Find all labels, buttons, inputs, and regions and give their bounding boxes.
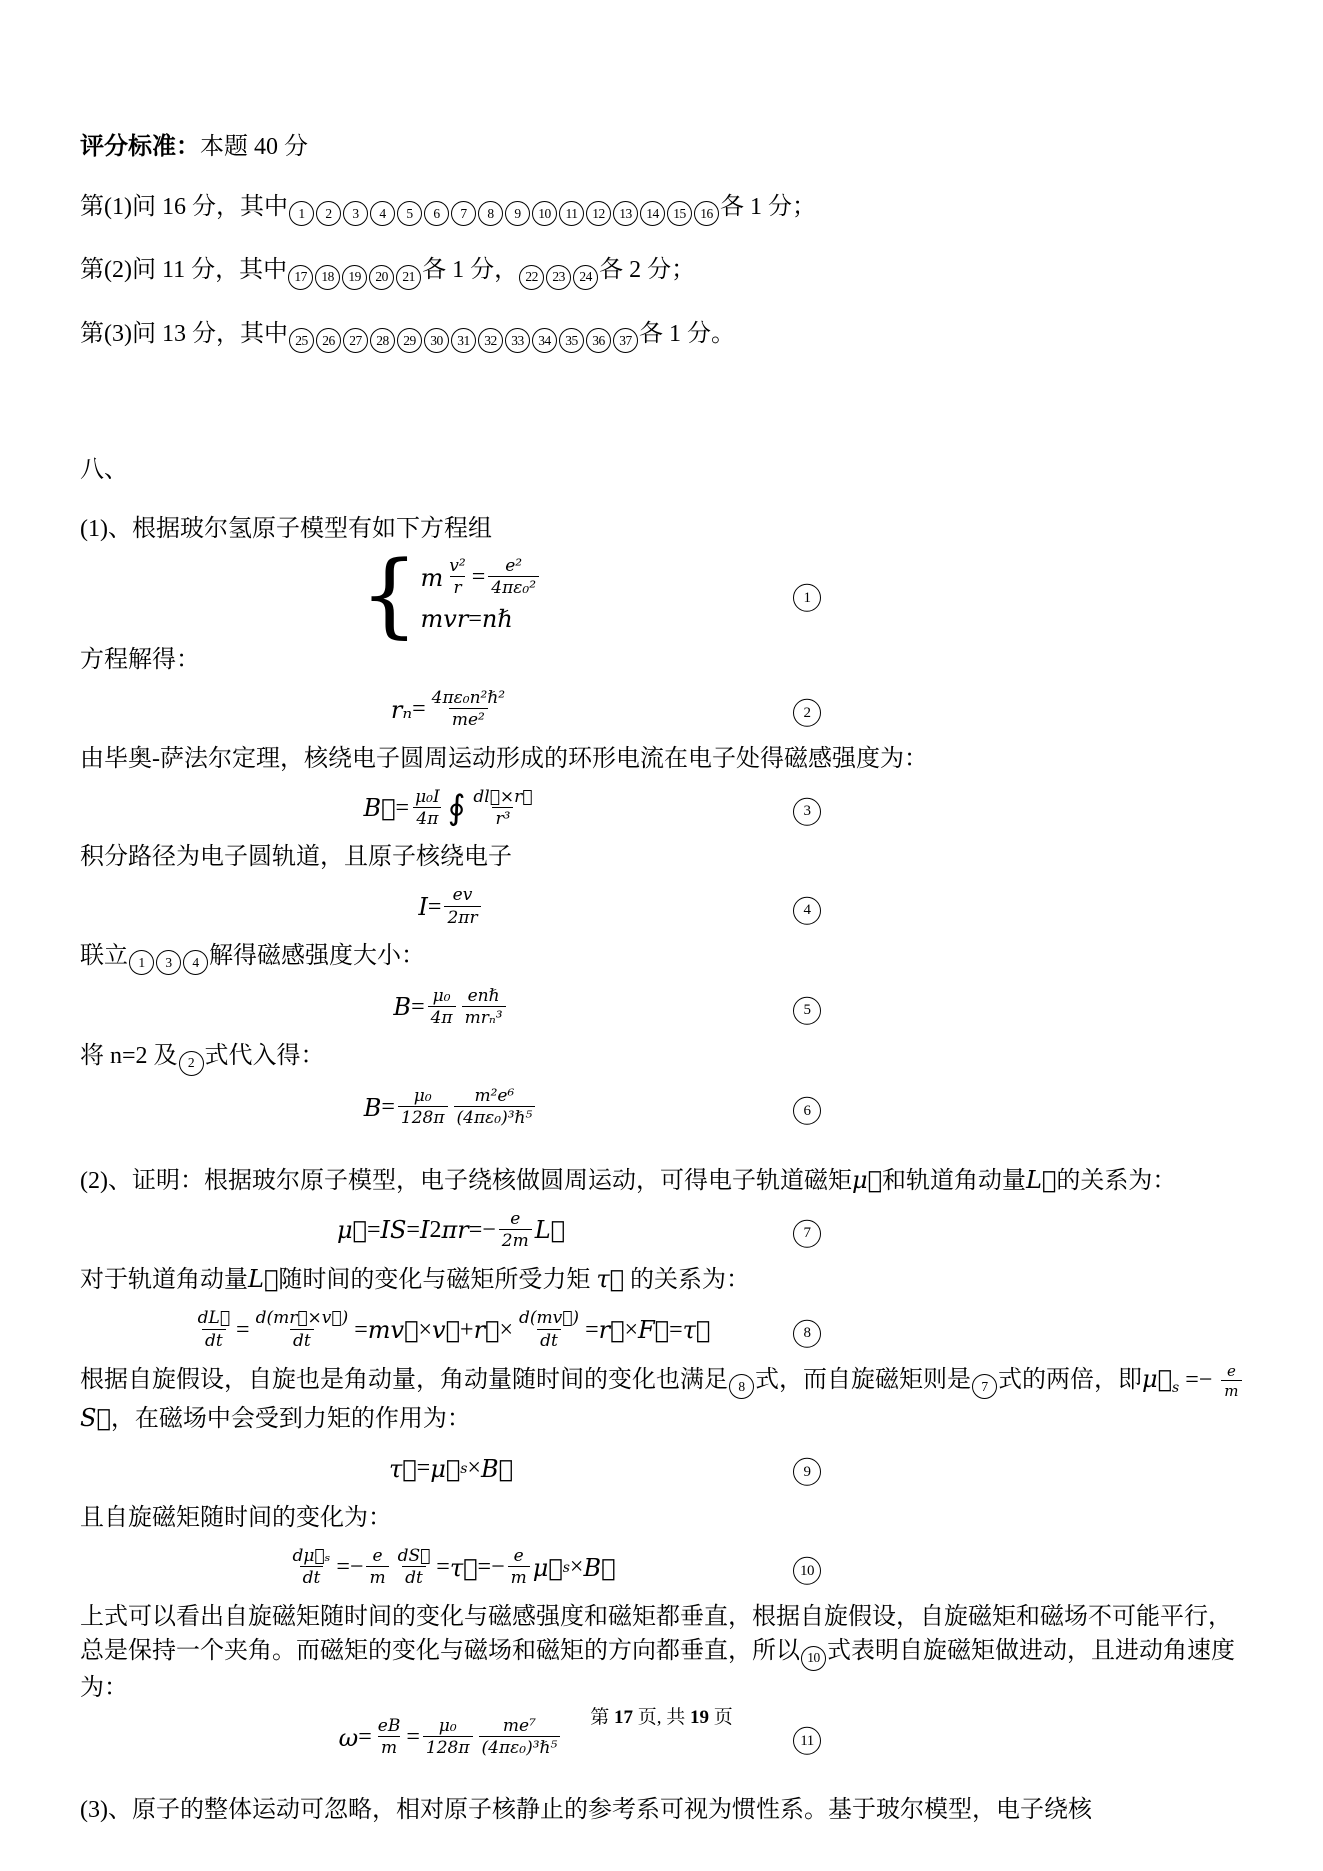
circled-number: 8 — [793, 1319, 821, 1347]
math-variable: B — [364, 1094, 382, 1122]
math-variable: μ⃗ — [337, 1216, 367, 1244]
text-run: 各 1 分； — [720, 194, 816, 220]
fraction-denominator: 128π — [398, 1106, 448, 1129]
circled-number: 25 — [289, 328, 314, 353]
circled-number: 1 — [793, 584, 821, 612]
circled-number: 11 — [793, 1727, 821, 1755]
circled-number: 22 — [519, 265, 544, 290]
equation: μ⃗ = IS = I2πr =− e2mL⃗ — [80, 1207, 822, 1253]
fraction-denominator: me² — [449, 708, 488, 731]
fraction-numerator: dμ⃗ₛ — [289, 1546, 333, 1566]
paragraph: 将 n=2 及2式代入得： — [80, 1039, 1245, 1075]
math-variable: μ⃗ — [533, 1554, 563, 1582]
math-variable: τ⃗ — [450, 1554, 478, 1582]
fraction: μ₀I4π — [412, 787, 443, 831]
fraction-numerator: dl⃗×r⃗ — [470, 787, 535, 807]
text-run: × — [499, 1317, 513, 1344]
circled-number: 6 — [793, 1097, 821, 1125]
fraction-denominator: dt — [290, 1329, 314, 1352]
circled-number: 12 — [586, 201, 611, 226]
text-run: × — [570, 1554, 584, 1581]
circled-number: 1 — [289, 201, 314, 226]
circled-number: 8 — [478, 201, 503, 226]
fraction-numerator: ev — [450, 885, 476, 905]
text-run: 积分路径为电子圆轨道，且原子核绕电子 — [80, 844, 512, 870]
fraction-numerator: dL⃗ — [195, 1308, 233, 1328]
paragraph: 对于轨道角动量L⃗随时间的变化与磁矩所受力矩 τ⃗ 的关系为： — [80, 1262, 1245, 1298]
equation: B⃗ = μ₀I4π∮dl⃗×r⃗r³ — [80, 785, 822, 831]
fraction: μ₀128π — [398, 1086, 448, 1130]
text-run: = — [472, 564, 486, 591]
circled-number: 5 — [397, 201, 422, 226]
text-run: 和轨道角动量 — [882, 1168, 1026, 1194]
circled-number: 4 — [793, 896, 821, 924]
math-variable: r⃗ — [474, 1316, 500, 1344]
fraction-denominator: r³ — [492, 807, 513, 830]
cases-rows: mv²r = e²4πε₀²mvr = nℏ — [421, 556, 542, 634]
circled-number: 20 — [369, 265, 394, 290]
circled-number: 17 — [288, 265, 313, 290]
equation-row: {mv²r = e²4πε₀²mvr = nℏ1 — [80, 556, 822, 634]
equation-row: B⃗ = μ₀I4π∮dl⃗×r⃗r³3 — [80, 785, 822, 831]
circled-number: 16 — [694, 201, 719, 226]
equation: τ⃗ = μ⃗s × B⃗ — [80, 1446, 822, 1492]
text-run: = — [412, 696, 426, 723]
text-run: 第(1)问 16 分，其中 — [80, 194, 288, 220]
circled-number: 31 — [451, 328, 476, 353]
equation-row: B = μ₀4πenℏmrₙ³5 — [80, 984, 822, 1030]
fraction: e²4πε₀² — [488, 556, 539, 600]
text-run: = — [381, 1094, 395, 1121]
math-variable: τ⃗ — [596, 1265, 624, 1293]
fraction: dS⃗dt — [395, 1546, 434, 1590]
fraction-numerator: e — [507, 1209, 523, 1229]
fraction-numerator: enℏ — [465, 986, 503, 1006]
text-run: ，在磁场中会受到力矩的作用为： — [111, 1406, 471, 1432]
text-run: × — [419, 1317, 433, 1344]
text-run: = — [406, 1217, 420, 1244]
text-run: =− — [336, 1554, 363, 1581]
circled-number: 18 — [315, 265, 340, 290]
fraction-denominator: dt — [300, 1566, 324, 1589]
fraction-numerator: e — [369, 1546, 385, 1566]
paragraph: 积分路径为电子圆轨道，且原子核绕电子 — [80, 840, 1245, 875]
circled-number: 11 — [559, 201, 584, 226]
fraction-denominator: 2m — [499, 1229, 532, 1252]
fraction-denominator: (4πε₀)³ℏ⁵ — [454, 1106, 536, 1129]
fraction-denominator: m — [1221, 1380, 1241, 1401]
fraction-denominator: 4π — [428, 1006, 456, 1029]
text-run: 第(2)问 11 分，其中 — [80, 257, 287, 283]
text-run: (2)、证明：根据玻尔原子模型，电子绕核做圆周运动，可得电子轨道磁矩 — [80, 1168, 852, 1194]
text-run: = — [396, 795, 410, 822]
equation-system: {mv²r = e²4πε₀²mvr = nℏ — [80, 556, 822, 634]
math-subscript: s — [460, 1461, 467, 1477]
math-variable: μ⃗ — [1142, 1365, 1172, 1393]
text-run: 联立 — [80, 943, 128, 969]
math-variable: IS — [380, 1216, 406, 1244]
fraction-numerator: d(mr⃗×v⃗) — [253, 1308, 352, 1328]
equation: B = μ₀4πenℏmrₙ³ — [80, 984, 822, 1030]
text-run: 将 n=2 及 — [80, 1043, 178, 1069]
document-page: 评分标准：本题 40 分 第(1)问 16 分，其中12345678910111… — [0, 0, 1323, 1871]
text-run: = — [367, 1217, 381, 1244]
fraction: μ₀4π — [428, 986, 456, 1030]
fraction-numerator: μ₀ — [430, 986, 454, 1006]
circled-number: 3 — [156, 950, 181, 975]
equation-row: dL⃗dt = d(mr⃗×v⃗)dt = mv⃗ × v⃗ + r⃗ × d(… — [80, 1307, 822, 1353]
fraction-denominator: dt — [402, 1566, 426, 1589]
circled-number: 14 — [640, 201, 665, 226]
circled-number: 21 — [396, 265, 421, 290]
fraction-denominator: 4πε₀² — [488, 576, 539, 599]
text-run: 第 — [590, 1707, 614, 1728]
fraction: dμ⃗ₛdt — [289, 1546, 333, 1590]
math-variable: μ⃗ — [430, 1455, 460, 1483]
circled-number: 24 — [573, 265, 598, 290]
text-run: 由毕奥-萨法尔定理，核绕电子圆周运动形成的环形电流在电子处得磁感强度为： — [80, 746, 928, 772]
circled-number: 5 — [793, 997, 821, 1025]
fraction: dl⃗×r⃗r³ — [470, 787, 535, 831]
fraction-numerator: 4πε₀n²ℏ² — [429, 688, 508, 708]
math-variable: F⃗ — [638, 1316, 669, 1344]
text-run: = — [354, 1317, 368, 1344]
math-variable: nℏ — [482, 605, 513, 633]
circled-number: 9 — [505, 201, 530, 226]
math-variable: πr — [441, 1216, 468, 1244]
text-run: 各 1 分， — [422, 257, 518, 283]
cases-group: {mv²r = e²4πε₀²mvr = nℏ — [360, 556, 542, 634]
page-footer: 第 17 页, 共 19 页 — [0, 1702, 1323, 1729]
equation-row: dμ⃗ₛdt =− emdS⃗dt = τ⃗ =− emμ⃗s × B⃗10 — [80, 1545, 822, 1591]
circled-number: 7 — [972, 1374, 997, 1399]
text-run: 页, 共 — [633, 1707, 690, 1728]
equation-row: I = ev2πr4 — [80, 884, 822, 930]
math-variable: rₙ — [391, 696, 412, 724]
fraction-denominator: m — [378, 1736, 400, 1759]
circled-number: 1 — [129, 950, 154, 975]
circled-number: 10 — [793, 1557, 821, 1585]
equation: rₙ = 4πε₀n²ℏ²me² — [80, 687, 822, 733]
math-variable: I — [418, 893, 427, 921]
math-variable: mv⃗ — [368, 1316, 419, 1344]
fraction-numerator: v² — [446, 556, 468, 576]
math-variable: B⃗ — [583, 1554, 615, 1582]
fraction-numerator: e — [1224, 1362, 1239, 1380]
fraction-denominator: m — [508, 1566, 530, 1589]
fraction-denominator: 128π — [423, 1736, 473, 1759]
scoring-line: 第(1)问 16 分，其中12345678910111213141516各 1 … — [80, 191, 1245, 226]
math-variable: μ⃗ — [852, 1166, 882, 1194]
paragraph: 根据自旋假设，自旋也是角动量，角动量随时间的变化也满足8式，而自旋磁矩则是7式的… — [80, 1362, 1245, 1437]
equation-number: 2 — [792, 692, 822, 727]
text-run: =− — [478, 1554, 505, 1581]
scoring-lines: 第(1)问 16 分，其中12345678910111213141516各 1 … — [80, 191, 1245, 353]
text-run: =− — [1179, 1367, 1218, 1393]
circled-number: 30 — [424, 328, 449, 353]
circled-number: 9 — [793, 1458, 821, 1486]
text-run: =− — [469, 1217, 496, 1244]
equation-row: rₙ = 4πε₀n²ℏ²me²2 — [80, 687, 822, 733]
contour-integral-icon: ∮ — [448, 791, 466, 825]
fraction: d(mv⃗)dt — [516, 1308, 582, 1352]
circled-number: 4 — [183, 950, 208, 975]
text-run: = — [428, 894, 442, 921]
scoring-line: 第(3)问 13 分，其中25262728293031323334353637各… — [80, 318, 1245, 353]
circled-number: 10 — [532, 201, 557, 226]
circled-number: 8 — [729, 1374, 754, 1399]
scoring-title-total: 本题 40 分 — [200, 134, 308, 160]
circled-number: 7 — [451, 201, 476, 226]
math-variable: τ⃗ — [683, 1316, 711, 1344]
equation: mvr = nℏ — [421, 605, 513, 633]
fraction-denominator: m — [366, 1566, 388, 1589]
equation-number: 9 — [792, 1452, 822, 1487]
circled-number: 4 — [370, 201, 395, 226]
text-run: (3)、原子的整体运动可忽略，相对原子核静止的参考系可视为惯性系。基于玻尔模型，… — [80, 1797, 1092, 1823]
text-run: = — [669, 1317, 683, 1344]
paragraph: (2)、证明：根据玻尔原子模型，电子绕核做圆周运动，可得电子轨道磁矩μ⃗和轨道角… — [80, 1163, 1245, 1199]
circled-number: 36 — [586, 328, 611, 353]
circled-number: 10 — [801, 1646, 826, 1671]
paragraph: 上式可以看出自旋磁矩随时间的变化与磁感强度和磁矩都垂直，根据自旋假设，自旋磁矩和… — [80, 1600, 1245, 1706]
page-content: 评分标准：本题 40 分 第(1)问 16 分，其中12345678910111… — [0, 0, 1323, 1827]
text-run: 各 2 分； — [599, 257, 695, 283]
text-run: 式，而自旋磁矩则是 — [755, 1367, 971, 1393]
fraction: 4πε₀n²ℏ²me² — [429, 688, 508, 732]
text-run: 的关系为： — [1056, 1168, 1176, 1194]
math-variable: B⃗ — [481, 1455, 513, 1483]
text-run: 各 1 分。 — [639, 321, 735, 347]
fraction-numerator: μ₀ — [411, 1086, 435, 1106]
fraction-denominator: 4π — [413, 807, 441, 830]
fraction-numerator: m²e⁶ — [472, 1086, 518, 1106]
circled-number: 34 — [532, 328, 557, 353]
equation-number: 4 — [792, 890, 822, 925]
circled-number: 3 — [793, 798, 821, 826]
paragraph: 联立134解得磁感强度大小： — [80, 939, 1245, 975]
text-run: 方程解得： — [80, 647, 200, 673]
equation: B = μ₀128πm²e⁶(4πε₀)³ℏ⁵ — [80, 1085, 822, 1131]
circled-number: 28 — [370, 328, 395, 353]
equation-row: τ⃗ = μ⃗s × B⃗9 — [80, 1446, 822, 1492]
text-run: 式的两倍，即 — [998, 1367, 1142, 1393]
fraction-numerator: dS⃗ — [395, 1546, 434, 1566]
math-variable: B⃗ — [364, 794, 396, 822]
text-run: = — [468, 606, 482, 633]
scoring-line: 第(2)问 11 分，其中1718192021各 1 分，222324各 2 分… — [80, 254, 1245, 289]
fraction-denominator: r — [450, 576, 464, 599]
text-run: = — [411, 994, 425, 1021]
circled-number: 2 — [793, 699, 821, 727]
math-variable: L⃗ — [535, 1216, 565, 1244]
text-run: = — [436, 1554, 450, 1581]
fraction-denominator: dt — [537, 1329, 561, 1352]
fraction: m²e⁶(4πε₀)³ℏ⁵ — [454, 1086, 536, 1130]
text-run: = — [585, 1317, 599, 1344]
circled-number: 37 — [613, 328, 638, 353]
equation: dμ⃗ₛdt =− emdS⃗dt = τ⃗ =− emμ⃗s × B⃗ — [80, 1545, 822, 1591]
math-variable: τ⃗ — [389, 1455, 417, 1483]
fraction-numerator: μ₀I — [412, 787, 443, 807]
paragraph: 且自旋磁矩随时间的变化为： — [80, 1501, 1245, 1536]
paragraph: 方程解得： — [80, 643, 1245, 678]
fraction-denominator: mrₙ³ — [462, 1006, 506, 1029]
fraction: dL⃗dt — [195, 1308, 233, 1352]
text-run: 式代入得： — [205, 1043, 325, 1069]
fraction: d(mr⃗×v⃗)dt — [253, 1308, 352, 1352]
fraction: ev2πr — [444, 885, 480, 929]
equation: I = ev2πr — [80, 884, 822, 930]
circled-number: 27 — [343, 328, 368, 353]
text-run: 随时间的变化与磁矩所受力矩 — [278, 1267, 596, 1293]
text-run: (1)、根据玻尔氢原子模型有如下方程组 — [80, 516, 492, 542]
text-run: 对于轨道角动量 — [80, 1267, 248, 1293]
fraction: enℏmrₙ³ — [462, 986, 506, 1030]
text-run: 2 — [429, 1217, 441, 1244]
circled-number: 3 — [343, 201, 368, 226]
bold-text: 17 — [614, 1707, 633, 1728]
circled-number: 7 — [793, 1220, 821, 1248]
fraction-numerator: e — [511, 1546, 527, 1566]
math-variable: L⃗ — [248, 1265, 278, 1293]
fraction-denominator: 2πr — [444, 906, 480, 929]
fraction-numerator: e² — [502, 556, 525, 576]
circled-number: 19 — [342, 265, 367, 290]
fraction: em — [508, 1546, 530, 1590]
equation-number: 8 — [792, 1313, 822, 1348]
circled-number: 35 — [559, 328, 584, 353]
fraction: v²r — [446, 556, 468, 600]
fraction: em — [366, 1546, 388, 1590]
fraction-denominator: dt — [202, 1329, 226, 1352]
solution-body: (1)、根据玻尔氢原子模型有如下方程组{mv²r = e²4πε₀²mvr = … — [80, 512, 1245, 1828]
bold-text: 19 — [690, 1707, 709, 1728]
equation: mv²r = e²4πε₀² — [421, 556, 542, 600]
equation-number: 5 — [792, 990, 822, 1025]
circled-number: 6 — [424, 201, 449, 226]
circled-number: 29 — [397, 328, 422, 353]
circled-number: 33 — [505, 328, 530, 353]
circled-number: 15 — [667, 201, 692, 226]
math-variable: B — [393, 993, 411, 1021]
paragraph: (3)、原子的整体运动可忽略，相对原子核静止的参考系可视为惯性系。基于玻尔模型，… — [80, 1793, 1245, 1828]
math-variable: v⃗ — [432, 1316, 460, 1344]
text-run: × — [467, 1455, 481, 1482]
math-subscript: s — [563, 1560, 570, 1576]
math-variable: L⃗ — [1026, 1166, 1056, 1194]
equation-number: 3 — [792, 791, 822, 826]
text-run: 根据自旋假设，自旋也是角动量，角动量随时间的变化也满足 — [80, 1367, 728, 1393]
text-run: = — [417, 1455, 431, 1482]
paragraph: 由毕奥-萨法尔定理，核绕电子圆周运动形成的环形电流在电子处得磁感强度为： — [80, 742, 1245, 777]
text-run: × — [624, 1317, 638, 1344]
math-variable: S⃗ — [80, 1404, 111, 1432]
text-run: = — [236, 1317, 250, 1344]
fraction: em — [1221, 1362, 1241, 1401]
equation-number: 10 — [792, 1550, 822, 1585]
text-run: 第(3)问 13 分，其中 — [80, 321, 288, 347]
fraction-denominator: (4πε₀)³ℏ⁵ — [479, 1736, 561, 1759]
circled-number: 23 — [546, 265, 571, 290]
equation: dL⃗dt = d(mr⃗×v⃗)dt = mv⃗ × v⃗ + r⃗ × d(… — [80, 1307, 822, 1353]
equation-row: μ⃗ = IS = I2πr =− e2mL⃗7 — [80, 1207, 822, 1253]
text-run: 的关系为： — [624, 1267, 750, 1293]
circled-number: 32 — [478, 328, 503, 353]
fraction: e2m — [499, 1209, 532, 1253]
equation-number: 6 — [792, 1090, 822, 1125]
paragraph: (1)、根据玻尔氢原子模型有如下方程组 — [80, 512, 1245, 547]
scoring-title: 评分标准：本题 40 分 — [80, 126, 1245, 161]
scoring-title-label: 评分标准： — [80, 134, 200, 160]
equation-row: B = μ₀128πm²e⁶(4πε₀)³ℏ⁵6 — [80, 1085, 822, 1131]
text-run: 页 — [709, 1707, 733, 1728]
equation-number: 1 — [792, 577, 822, 612]
text-run: + — [460, 1317, 474, 1344]
circled-number: 2 — [316, 201, 341, 226]
circled-number: 26 — [316, 328, 341, 353]
circled-number: 2 — [179, 1051, 204, 1076]
text-run: 解得磁感强度大小： — [209, 943, 425, 969]
math-variable: r⃗ — [599, 1316, 625, 1344]
circled-number: 13 — [613, 201, 638, 226]
math-variable: m — [421, 564, 444, 592]
math-variable: mvr — [421, 605, 469, 633]
left-brace-icon: { — [360, 556, 419, 634]
text-run: 且自旋磁矩随时间的变化为： — [80, 1505, 392, 1531]
equation-number: 7 — [792, 1213, 822, 1248]
math-variable: I — [420, 1216, 429, 1244]
section-heading: 八、 — [80, 449, 1245, 484]
fraction-numerator: d(mv⃗) — [516, 1308, 582, 1328]
